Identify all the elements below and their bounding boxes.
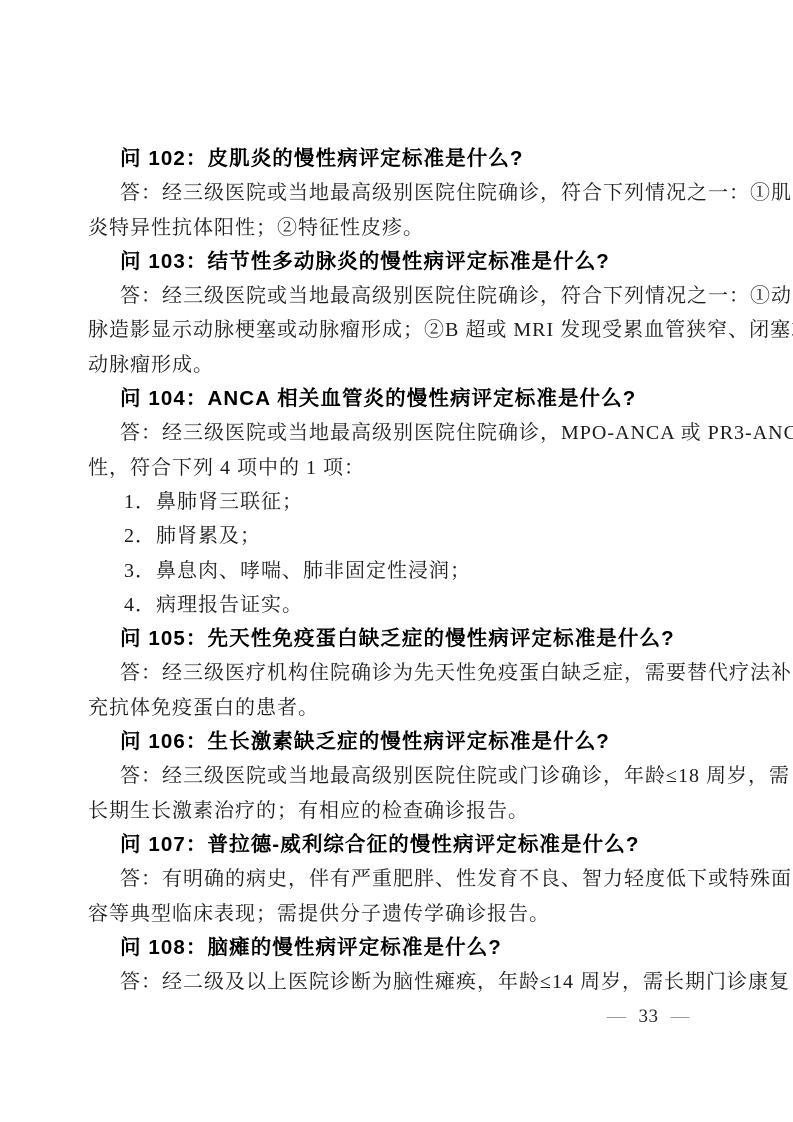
answer-line: 容等典型临床表现；需提供分子遗传学确诊报告。 <box>88 897 736 931</box>
answer-line: 答：经二级及以上医院诊断为脑性瘫痪，年龄≤14 周岁，需长期门诊康复 <box>88 965 736 999</box>
qa-item-105: 问 105：先天性免疫蛋白缺乏症的慢性病评定标准是什么? 答：经三级医疗机构住院… <box>88 622 736 725</box>
page-number: 33 <box>639 1006 659 1027</box>
question-heading: 问 105：先天性免疫蛋白缺乏症的慢性病评定标准是什么? <box>88 622 736 656</box>
qa-item-103: 问 103：结节性多动脉炎的慢性病评定标准是什么? 答：经三级医院或当地最高级别… <box>88 245 736 382</box>
answer-line: 充抗体免疫蛋白的患者。 <box>88 691 736 725</box>
answer-line: 炎特异性抗体阳性；②特征性皮疹。 <box>88 211 736 245</box>
question-heading: 问 106：生长激素缺乏症的慢性病评定标准是什么? <box>88 725 736 759</box>
question-heading: 问 104：ANCA 相关血管炎的慢性病评定标准是什么? <box>88 382 736 416</box>
answer-line: 性，符合下列 4 项中的 1 项： <box>88 451 736 485</box>
footer-right-dash: — <box>671 1006 691 1027</box>
qa-item-106: 问 106：生长激素缺乏症的慢性病评定标准是什么? 答：经三级医院或当地最高级别… <box>88 725 736 828</box>
question-heading: 问 108：脑瘫的慢性病评定标准是什么? <box>88 931 736 965</box>
question-heading: 问 107：普拉德-威利综合征的慢性病评定标准是什么? <box>88 828 736 862</box>
qa-item-102: 问 102：皮肌炎的慢性病评定标准是什么? 答：经三级医院或当地最高级别医院住院… <box>88 142 736 245</box>
footer-left-dash: — <box>607 1006 627 1027</box>
answer-line: 答：有明确的病史，伴有严重肥胖、性发育不良、智力轻度低下或特殊面 <box>88 862 736 896</box>
qa-item-107: 问 107：普拉德-威利综合征的慢性病评定标准是什么? 答：有明确的病史，伴有严… <box>88 828 736 931</box>
qa-content: 问 102：皮肌炎的慢性病评定标准是什么? 答：经三级医院或当地最高级别医院住院… <box>88 142 736 999</box>
answer-line: 答：经三级医院或当地最高级别医院住院确诊，MPO-ANCA 或 PR3-ANCA… <box>88 416 736 450</box>
answer-line: 答：经三级医院或当地最高级别医院住院或门诊确诊，年龄≤18 周岁，需 <box>88 759 736 793</box>
page-footer: —33— <box>607 1003 690 1031</box>
answer-line: 答：经三级医疗机构住院确诊为先天性免疫蛋白缺乏症，需要替代疗法补 <box>88 656 736 690</box>
qa-item-104: 问 104：ANCA 相关血管炎的慢性病评定标准是什么? 答：经三级医院或当地最… <box>88 382 736 622</box>
answer-line: 动脉瘤形成。 <box>88 348 736 382</box>
criteria-list-item: 3．鼻息肉、哮喘、肺非固定性浸润； <box>88 554 736 588</box>
criteria-list-item: 1．鼻肺肾三联征； <box>88 485 736 519</box>
document-page: 问 102：皮肌炎的慢性病评定标准是什么? 答：经三级医院或当地最高级别医院住院… <box>0 0 793 1122</box>
answer-line: 长期生长激素治疗的；有相应的检查确诊报告。 <box>88 794 736 828</box>
question-heading: 问 102：皮肌炎的慢性病评定标准是什么? <box>88 142 736 176</box>
question-heading: 问 103：结节性多动脉炎的慢性病评定标准是什么? <box>88 245 736 279</box>
answer-line: 答：经三级医院或当地最高级别医院住院确诊，符合下列情况之一：①动 <box>88 279 736 313</box>
answer-line: 脉造影显示动脉梗塞或动脉瘤形成；②B 超或 MRI 发现受累血管狭窄、闭塞或 <box>88 313 736 347</box>
answer-line: 答：经三级医院或当地最高级别医院住院确诊，符合下列情况之一：①肌 <box>88 176 736 210</box>
criteria-list-item: 4．病理报告证实。 <box>88 588 736 622</box>
qa-item-108: 问 108：脑瘫的慢性病评定标准是什么? 答：经二级及以上医院诊断为脑性瘫痪，年… <box>88 931 736 1000</box>
criteria-list-item: 2．肺肾累及； <box>88 519 736 553</box>
